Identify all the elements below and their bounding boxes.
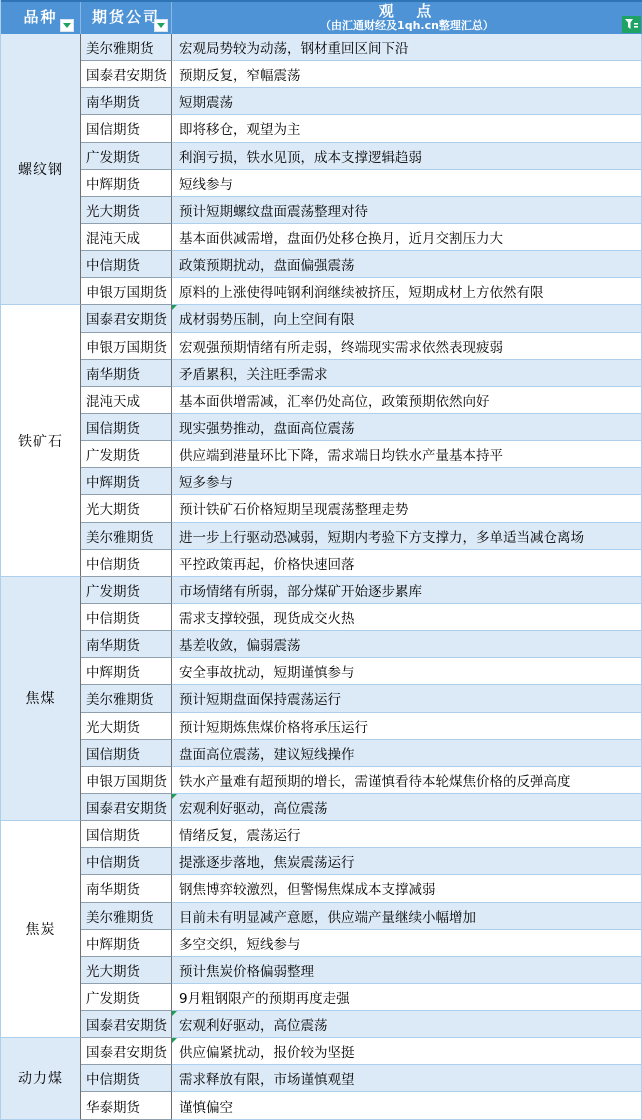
viewpoint-text: 短期震荡 <box>179 91 233 111</box>
viewpoint-text: 目前未有明显减产意愿，供应端产量继续小幅增加 <box>179 906 476 926</box>
variety-header-label: 品种 <box>23 6 57 27</box>
company-cell: 广发期货 <box>81 143 172 170</box>
viewpoint-cell: 宏观利好驱动，高位震荡 <box>172 794 642 821</box>
viewpoint-cell: 成材弱势压制，向上空间有限 <box>172 305 642 332</box>
company-cell: 中信期货 <box>81 251 172 278</box>
viewpoint-text: 成材弱势压制，向上空间有限 <box>179 308 355 328</box>
company-name: 中辉期货 <box>86 173 140 193</box>
viewpoint-cell: 预计短期盘面保持震荡运行 <box>172 685 642 712</box>
viewpoint-cell: 供应端到港量环比下降，需求端日均铁水产量基本持平 <box>172 441 642 468</box>
company-cell: 广发期货 <box>81 984 172 1011</box>
cell-note-corner-icon <box>172 1038 177 1043</box>
company-name: 国信期货 <box>86 743 140 763</box>
company-cell: 申银万国期货 <box>81 278 172 305</box>
company-cell: 中辉期货 <box>81 930 172 957</box>
viewpoint-text: 谨慎偏空 <box>179 1096 233 1116</box>
variety-cell: 螺纹钢 <box>1 34 81 305</box>
company-cell: 中辉期货 <box>81 468 172 495</box>
viewpoint-text: 供应端到港量环比下降，需求端日均铁水产量基本持平 <box>179 444 503 464</box>
company-name: 国泰君安期货 <box>86 64 167 84</box>
company-cell: 国信期货 <box>81 414 172 441</box>
viewpoint-text: 需求支撑较强，现货成交火热 <box>179 607 355 627</box>
variety-cell: 铁矿石 <box>1 305 81 576</box>
company-cell: 南华期货 <box>81 875 172 902</box>
company-name: 申银万国期货 <box>86 281 167 301</box>
viewpoint-cell: 预计短期螺纹盘面震荡整理对待 <box>172 197 642 224</box>
viewpoint-header-subtitle: （由汇通财经及1qh.cn整理汇总） <box>320 20 494 32</box>
viewpoint-text: 预计短期螺纹盘面震荡整理对待 <box>179 200 368 220</box>
viewpoint-cell: 矛盾累积，关注旺季需求 <box>172 360 642 387</box>
company-name: 光大期货 <box>86 716 140 736</box>
company-cell: 混沌天成 <box>81 224 172 251</box>
company-name: 混沌天成 <box>86 227 140 247</box>
company-cell: 南华期货 <box>81 360 172 387</box>
company-name: 国泰君安期货 <box>86 797 167 817</box>
company-cell: 国泰君安期货 <box>81 1011 172 1038</box>
table-body: 螺纹钢美尔雅期货宏观局势较为动荡，钢材重回区间下沿国泰君安期货预期反复，窄幅震荡… <box>1 34 642 1120</box>
company-name: 中信期货 <box>86 851 140 871</box>
company-name: 美尔雅期货 <box>86 526 154 546</box>
viewpoint-cell: 需求释放有限，市场谨慎观望 <box>172 1065 642 1092</box>
company-cell: 广发期货 <box>81 441 172 468</box>
company-name: 华泰期货 <box>86 1096 140 1116</box>
viewpoint-cell: 基差收敛，偏弱震荡 <box>172 631 642 658</box>
viewpoint-cell: 铁水产量难有超预期的增长，需谨慎看待本轮煤焦价格的反弹高度 <box>172 767 642 794</box>
viewpoint-text: 需求释放有限，市场谨慎观望 <box>179 1068 355 1088</box>
viewpoint-cell: 现实强势推动，盘面高位震荡 <box>172 414 642 441</box>
company-filter-dropdown[interactable] <box>154 19 168 32</box>
viewpoint-cell: 短多参与 <box>172 468 642 495</box>
variety-label: 焦煤 <box>26 688 56 708</box>
viewpoint-text: 预计短期盘面保持震荡运行 <box>179 688 341 708</box>
company-name: 南华期货 <box>86 878 140 898</box>
variety-label: 螺纹钢 <box>18 159 63 179</box>
company-cell: 中辉期货 <box>81 658 172 685</box>
variety-label: 动力煤 <box>18 1068 63 1088</box>
company-name: 国信期货 <box>86 417 140 437</box>
company-cell: 中信期货 <box>81 604 172 631</box>
viewpoint-text: 市场情绪有所弱，部分煤矿开始逐步累库 <box>179 580 422 600</box>
company-name: 国信期货 <box>86 824 140 844</box>
viewpoint-text: 宏观局势较为动荡，钢材重回区间下沿 <box>179 37 409 57</box>
company-name: 中辉期货 <box>86 933 140 953</box>
company-cell: 国泰君安期货 <box>81 61 172 88</box>
header-cell-company: 期货公司 <box>81 2 172 34</box>
company-cell: 国信期货 <box>81 115 172 142</box>
variety-cell: 焦炭 <box>1 821 81 1038</box>
cell-note-corner-icon <box>172 1011 177 1016</box>
viewpoint-cell: 情绪反复，震荡运行 <box>172 821 642 848</box>
viewpoint-text: 基差收敛，偏弱震荡 <box>179 634 301 654</box>
company-name: 美尔雅期货 <box>86 37 154 57</box>
company-name: 南华期货 <box>86 363 140 383</box>
company-cell: 光大期货 <box>81 495 172 522</box>
viewpoint-cell: 短线参与 <box>172 170 642 197</box>
viewpoint-cell: 供应偏紧扰动，报价较为坚挺 <box>172 1038 642 1065</box>
company-cell: 光大期货 <box>81 957 172 984</box>
company-cell: 国信期货 <box>81 740 172 767</box>
company-cell: 国泰君安期货 <box>81 305 172 332</box>
company-name: 广发期货 <box>86 146 140 166</box>
filter-funnel-icon <box>625 19 638 31</box>
viewpoint-text: 进一步上行驱动恐减弱，短期内考验下方支撑力，多单适当减仓离场 <box>179 526 584 546</box>
company-name: 国泰君安期货 <box>86 1014 167 1034</box>
company-cell: 混沌天成 <box>81 387 172 414</box>
company-name: 美尔雅期货 <box>86 906 154 926</box>
viewpoint-cell: 预计铁矿石价格短期呈现震荡整理走势 <box>172 495 642 522</box>
header-cell-variety: 品种 <box>1 2 81 34</box>
viewpoint-text: 预计焦炭价格偏弱整理 <box>179 960 314 980</box>
viewpoint-text: 钢焦博弈较激烈，但警惕焦煤成本支撑减弱 <box>179 878 436 898</box>
variety-filter-dropdown[interactable] <box>60 19 74 32</box>
company-name: 中信期货 <box>86 254 140 274</box>
company-cell: 广发期货 <box>81 577 172 604</box>
viewpoint-cell: 原料的上涨使得吨钢利润继续被挤压，短期成材上方依然有限 <box>172 278 642 305</box>
viewpoint-text: 预计铁矿石价格短期呈现震荡整理走势 <box>179 498 409 518</box>
viewpoint-cell: 宏观局势较为动荡，钢材重回区间下沿 <box>172 34 642 61</box>
viewpoint-text: 政策预期扰动，盘面偏强震荡 <box>179 254 355 274</box>
viewpoint-text: 宏观强预期情绪有所走弱，终端现实需求依然表现疲弱 <box>179 336 503 356</box>
viewpoint-text: 供应偏紧扰动，报价较为坚挺 <box>179 1041 355 1061</box>
viewpoint-cell: 安全事故扰动，短期谨慎参与 <box>172 658 642 685</box>
company-cell: 美尔雅期货 <box>81 903 172 930</box>
company-cell: 中信期货 <box>81 848 172 875</box>
viewpoint-cell: 目前未有明显减产意愿，供应端产量继续小幅增加 <box>172 903 642 930</box>
company-cell: 南华期货 <box>81 631 172 658</box>
viewpoint-text: 盘面高位震荡，建议短线操作 <box>179 743 355 763</box>
variety-cell: 焦煤 <box>1 577 81 821</box>
viewpoint-header-label: 观 点 <box>379 4 435 20</box>
table-header-row: 品种 期货公司 观 点 （由汇通财经及1qh.cn整理汇总） <box>1 0 642 34</box>
cell-note-corner-icon <box>172 305 177 310</box>
company-name: 广发期货 <box>86 580 140 600</box>
company-name: 光大期货 <box>86 960 140 980</box>
company-cell: 美尔雅期货 <box>81 523 172 550</box>
header-cell-viewpoint: 观 点 （由汇通财经及1qh.cn整理汇总） <box>172 2 642 34</box>
viewpoint-text: 利润亏损，铁水见顶，成本支撑逻辑趋弱 <box>179 146 422 166</box>
viewpoint-cell: 预期反复，窄幅震荡 <box>172 61 642 88</box>
viewpoint-cell: 宏观强预期情绪有所走弱，终端现实需求依然表现疲弱 <box>172 333 642 360</box>
company-name: 国泰君安期货 <box>86 308 167 328</box>
company-name: 光大期货 <box>86 200 140 220</box>
company-name: 广发期货 <box>86 444 140 464</box>
company-name: 广发期货 <box>86 987 140 1007</box>
company-name: 国信期货 <box>86 118 140 138</box>
viewpoint-text: 提涨逐步落地，焦炭震荡运行 <box>179 851 355 871</box>
company-cell: 国泰君安期货 <box>81 794 172 821</box>
viewpoint-cell: 预计短期炼焦煤价格将承压运行 <box>172 713 642 740</box>
viewpoint-cell: 进一步上行驱动恐减弱，短期内考验下方支撑力，多单适当减仓离场 <box>172 523 642 550</box>
viewpoint-text: 短多参与 <box>179 471 233 491</box>
viewpoint-cell: 宏观利好驱动，高位震荡 <box>172 1011 642 1038</box>
viewpoint-text: 铁水产量难有超预期的增长，需谨慎看待本轮煤焦价格的反弹高度 <box>179 770 571 790</box>
company-name: 中辉期货 <box>86 661 140 681</box>
viewpoint-text: 短线参与 <box>179 173 233 193</box>
company-name: 中信期货 <box>86 1068 140 1088</box>
company-name: 申银万国期货 <box>86 770 167 790</box>
chevron-down-icon <box>157 23 165 28</box>
company-name: 光大期货 <box>86 498 140 518</box>
viewpoint-cell: 多空交织，短线参与 <box>172 930 642 957</box>
company-name: 南华期货 <box>86 91 140 111</box>
cell-note-corner-icon <box>172 794 177 799</box>
company-cell: 中辉期货 <box>81 170 172 197</box>
viewpoint-text: 基本面供增需减，汇率仍处高位，政策预期依然向好 <box>179 390 490 410</box>
viewpoint-cell: 盘面高位震荡，建议短线操作 <box>172 740 642 767</box>
company-cell: 国泰君安期货 <box>81 1038 172 1065</box>
company-cell: 美尔雅期货 <box>81 34 172 61</box>
company-name: 申银万国期货 <box>86 336 167 356</box>
company-cell: 申银万国期货 <box>81 767 172 794</box>
viewpoint-cell: 市场情绪有所弱，部分煤矿开始逐步累库 <box>172 577 642 604</box>
viewpoint-cell: 基本面供减需增，盘面仍处移仓换月，近月交割压力大 <box>172 224 642 251</box>
company-cell: 中信期货 <box>81 1065 172 1092</box>
viewpoint-text: 矛盾累积，关注旺季需求 <box>179 363 328 383</box>
viewpoint-cell: 短期震荡 <box>172 88 642 115</box>
company-cell: 申银万国期货 <box>81 333 172 360</box>
viewpoint-text: 宏观利好驱动，高位震荡 <box>179 1014 328 1034</box>
viewpoint-text: 安全事故扰动，短期谨慎参与 <box>179 661 355 681</box>
company-cell: 光大期货 <box>81 713 172 740</box>
company-cell: 华泰期货 <box>81 1092 172 1119</box>
company-name: 混沌天成 <box>86 390 140 410</box>
viewpoint-cell: 平控政策再起，价格快速回落 <box>172 550 642 577</box>
viewpoint-text: 宏观利好驱动，高位震荡 <box>179 797 328 817</box>
viewpoint-text: 现实强势推动，盘面高位震荡 <box>179 417 355 437</box>
company-name: 美尔雅期货 <box>86 688 154 708</box>
viewpoint-text: 基本面供减需增，盘面仍处移仓换月，近月交割压力大 <box>179 227 503 247</box>
company-cell: 国信期货 <box>81 821 172 848</box>
company-name: 中信期货 <box>86 553 140 573</box>
viewpoint-cell: 提涨逐步落地，焦炭震荡运行 <box>172 848 642 875</box>
viewpoint-text: 预计短期炼焦煤价格将承压运行 <box>179 716 368 736</box>
company-cell: 光大期货 <box>81 197 172 224</box>
viewpoint-cell: 谨慎偏空 <box>172 1092 642 1119</box>
filter-funnel-button[interactable] <box>622 16 641 33</box>
viewpoint-cell: 9月粗钢限产的预期再度走强 <box>172 984 642 1011</box>
viewpoint-cell: 基本面供增需减，汇率仍处高位，政策预期依然向好 <box>172 387 642 414</box>
viewpoint-text: 情绪反复，震荡运行 <box>179 824 301 844</box>
viewpoint-cell: 政策预期扰动，盘面偏强震荡 <box>172 251 642 278</box>
company-name: 南华期货 <box>86 634 140 654</box>
company-header-label: 期货公司 <box>92 6 160 27</box>
spreadsheet: 品种 期货公司 观 点 （由汇通财经及1qh.cn整理汇总） 螺纹钢美尔雅期货 <box>0 0 642 1120</box>
company-cell: 南华期货 <box>81 88 172 115</box>
company-name: 中辉期货 <box>86 471 140 491</box>
viewpoint-text: 多空交织，短线参与 <box>179 933 301 953</box>
viewpoint-text: 9月粗钢限产的预期再度走强 <box>179 987 350 1007</box>
viewpoint-cell: 即将移仓，观望为主 <box>172 115 642 142</box>
viewpoint-text: 预期反复，窄幅震荡 <box>179 64 301 84</box>
company-cell: 美尔雅期货 <box>81 685 172 712</box>
company-cell: 中信期货 <box>81 550 172 577</box>
company-name: 国泰君安期货 <box>86 1041 167 1061</box>
variety-label: 焦炭 <box>26 919 56 939</box>
viewpoint-cell: 利润亏损，铁水见顶，成本支撑逻辑趋弱 <box>172 143 642 170</box>
company-name: 中信期货 <box>86 607 140 627</box>
chevron-down-icon <box>63 23 71 28</box>
viewpoint-cell: 预计焦炭价格偏弱整理 <box>172 957 642 984</box>
viewpoint-text: 即将移仓，观望为主 <box>179 118 301 138</box>
viewpoint-cell: 钢焦博弈较激烈，但警惕焦煤成本支撑减弱 <box>172 875 642 902</box>
viewpoint-text: 原料的上涨使得吨钢利润继续被挤压，短期成材上方依然有限 <box>179 281 544 301</box>
variety-label: 铁矿石 <box>18 431 63 451</box>
viewpoint-cell: 需求支撑较强，现货成交火热 <box>172 604 642 631</box>
viewpoint-text: 平控政策再起，价格快速回落 <box>179 553 355 573</box>
variety-cell: 动力煤 <box>1 1038 81 1119</box>
